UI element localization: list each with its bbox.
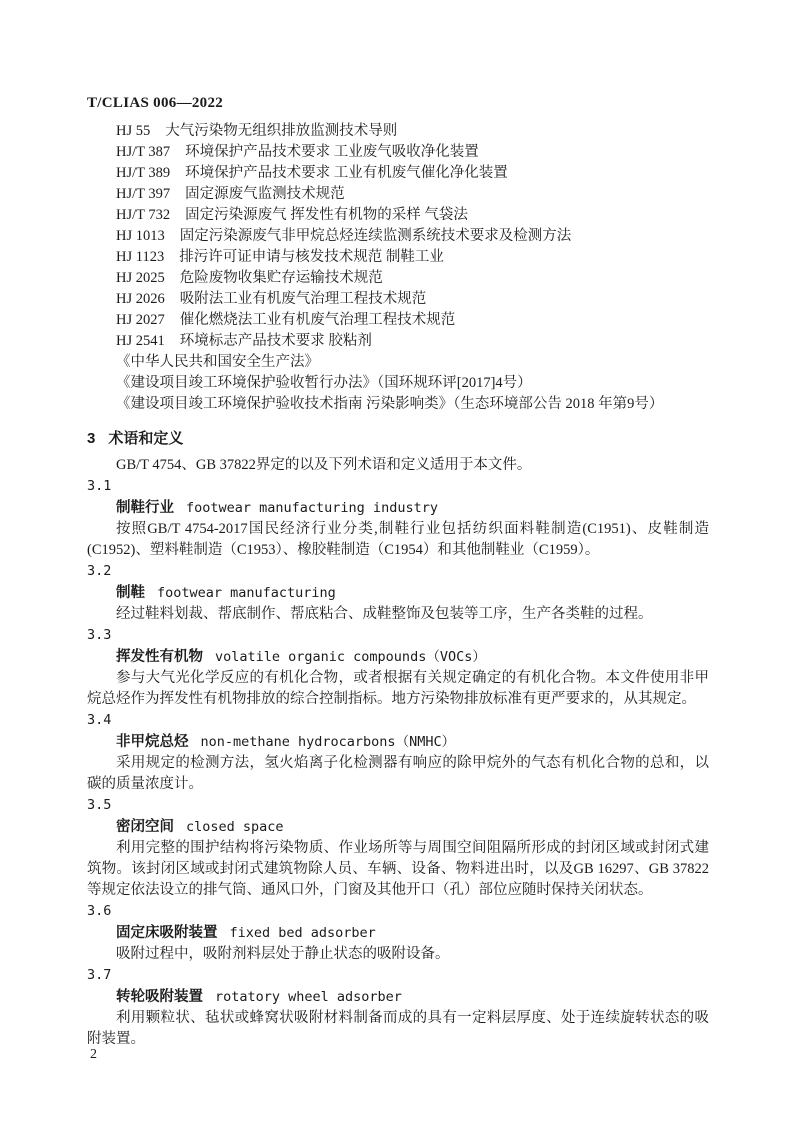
term-block-3-1: 3.1 制鞋行业footwear manufacturing industry …	[87, 476, 709, 561]
term-line: 制鞋footwear manufacturing	[87, 582, 709, 604]
clause-number: 3.4	[87, 710, 709, 731]
reference-code: HJ 2025	[116, 270, 165, 286]
term-block-3-6: 3.6 固定床吸附装置fixed bed adsorber 吸附过程中，吸附剂料…	[87, 901, 709, 965]
term-name-en: non-methane hydrocarbons（NMHC）	[201, 734, 456, 750]
term-name-en: volatile organic compounds（VOCs）	[215, 649, 486, 665]
reference-item: HJ 55大气污染物无组织排放监测技术导则	[87, 121, 709, 142]
term-line: 密闭空间closed space	[87, 816, 709, 838]
term-line: 挥发性有机物volatile organic compounds（VOCs）	[87, 646, 709, 668]
clause-number: 3.1	[87, 476, 709, 497]
term-name-en: rotatory wheel adsorber	[215, 989, 402, 1005]
reference-item: HJ 2026吸附法工业有机废气治理工程技术规范	[87, 289, 709, 310]
term-definition: 利用完整的围护结构将污染物质、作业场所等与周围空间阻隔所形成的封闭区域或封闭式建…	[87, 838, 709, 901]
reference-item: HJ 1123排污许可证申请与核发技术规范 制鞋工业	[87, 247, 709, 268]
term-block-3-2: 3.2 制鞋footwear manufacturing 经过鞋料划裁、帮底制作…	[87, 561, 709, 625]
reference-item: 《建设项目竣工环境保护验收技术指南 污染影响类》（生态环境部公告 2018 年第…	[87, 394, 709, 415]
term-definition: 利用颗粒状、毡状或蜂窝状吸附材料制备而成的具有一定料层厚度、处于连续旋转状态的吸…	[87, 1008, 709, 1050]
reference-title: 环境保护产品技术要求 工业废气吸收净化装置	[185, 144, 479, 160]
term-definition: 经过鞋料划裁、帮底制作、帮底粘合、成鞋整饰及包装等工序，生产各类鞋的过程。	[87, 604, 709, 625]
reference-title: 环境保护产品技术要求 工业有机废气催化净化装置	[185, 165, 508, 181]
reference-item: HJ/T 387环境保护产品技术要求 工业废气吸收净化装置	[87, 142, 709, 163]
term-block-3-5: 3.5 密闭空间closed space 利用完整的围护结构将污染物质、作业场所…	[87, 795, 709, 901]
document-number-header: T/CLIAS 006—2022	[87, 94, 709, 112]
reference-title: 危险废物收集贮存运输技术规范	[180, 270, 383, 286]
reference-item: 《中华人民共和国安全生产法》	[87, 352, 709, 373]
reference-title: 大气污染物无组织排放监测技术导则	[165, 123, 397, 139]
term-name-zh: 制鞋	[116, 585, 145, 601]
term-definition: 吸附过程中，吸附剂料层处于静止状态的吸附设备。	[87, 944, 709, 965]
term-definition: 参与大气光化学反应的有机化合物，或者根据有关规定确定的有机化合物。本文件使用非甲…	[87, 668, 709, 710]
reference-code: HJ 2027	[116, 312, 165, 328]
term-name-zh: 转轮吸附装置	[116, 989, 203, 1005]
term-block-3-4: 3.4 非甲烷总烃non-methane hydrocarbons（NMHC） …	[87, 710, 709, 795]
term-block-3-7: 3.7 转轮吸附装置rotatory wheel adsorber 利用颗粒状、…	[87, 965, 709, 1050]
reference-item: HJ 2541环境标志产品技术要求 胶粘剂	[87, 331, 709, 352]
term-line: 非甲烷总烃non-methane hydrocarbons（NMHC）	[87, 731, 709, 753]
reference-title: 固定污染源废气非甲烷总烃连续监测系统技术要求及检测方法	[180, 228, 572, 244]
terms-intro-paragraph: GB/T 4754、GB 37822界定的以及下列术语和定义适用于本文件。	[87, 455, 709, 476]
term-name-en: footwear manufacturing	[157, 585, 336, 601]
term-line: 转轮吸附装置rotatory wheel adsorber	[87, 986, 709, 1008]
reference-item: 《建设项目竣工环境保护验收暂行办法》（国环规环评[2017]4号）	[87, 373, 709, 394]
reference-code: HJ/T 387	[116, 144, 170, 160]
reference-code: HJ 2026	[116, 291, 165, 307]
reference-title: 《中华人民共和国安全生产法》	[116, 354, 319, 370]
term-block-3-3: 3.3 挥发性有机物volatile organic compounds（VOC…	[87, 625, 709, 710]
normative-references-list: HJ 55大气污染物无组织排放监测技术导则 HJ/T 387环境保护产品技术要求…	[87, 121, 709, 415]
reference-title: 排污许可证申请与核发技术规范 制鞋工业	[179, 249, 444, 265]
term-name-en: fixed bed adsorber	[230, 925, 376, 941]
term-name-en: closed space	[186, 819, 284, 835]
term-name-zh: 非甲烷总烃	[116, 734, 189, 750]
page-content: T/CLIAS 006—2022 HJ 55大气污染物无组织排放监测技术导则 H…	[87, 94, 709, 1050]
reference-title: 环境标志产品技术要求 胶粘剂	[180, 333, 372, 349]
reference-code: HJ/T 732	[116, 207, 170, 223]
term-line: 固定床吸附装置fixed bed adsorber	[87, 922, 709, 944]
clause-number: 3.5	[87, 795, 709, 816]
term-name-zh: 固定床吸附装置	[116, 925, 218, 941]
reference-code: HJ/T 397	[116, 186, 170, 202]
reference-item: HJ/T 732固定污染源废气 挥发性有机物的采样 气袋法	[87, 205, 709, 226]
page-number: 2	[90, 1046, 97, 1064]
reference-item: HJ 2027催化燃烧法工业有机废气治理工程技术规范	[87, 310, 709, 331]
section-heading-terms-and-definitions: 3术语和定义	[87, 428, 709, 449]
reference-title: 催化燃烧法工业有机废气治理工程技术规范	[180, 312, 456, 328]
reference-title: 《建设项目竣工环境保护验收技术指南 污染影响类》（生态环境部公告 2018 年第…	[116, 396, 663, 412]
term-name-zh: 密闭空间	[116, 819, 174, 835]
term-name-en: footwear manufacturing industry	[186, 500, 438, 516]
section-number: 3	[87, 430, 95, 447]
term-line: 制鞋行业footwear manufacturing industry	[87, 497, 709, 519]
reference-title: 固定源废气监测技术规范	[185, 186, 345, 202]
reference-code: HJ/T 389	[116, 165, 170, 181]
reference-item: HJ 1013固定污染源废气非甲烷总烃连续监测系统技术要求及检测方法	[87, 226, 709, 247]
term-definition: 按照GB/T 4754-2017国民经济行业分类,制鞋行业包括纺织面料鞋制造(C…	[87, 519, 709, 561]
clause-number: 3.6	[87, 901, 709, 922]
reference-title: 吸附法工业有机废气治理工程技术规范	[180, 291, 427, 307]
term-name-zh: 挥发性有机物	[116, 649, 203, 665]
clause-number: 3.2	[87, 561, 709, 582]
reference-code: HJ 1123	[116, 249, 164, 265]
reference-title: 固定污染源废气 挥发性有机物的采样 气袋法	[185, 207, 468, 223]
reference-code: HJ 2541	[116, 333, 165, 349]
reference-title: 《建设项目竣工环境保护验收暂行办法》（国环规环评[2017]4号）	[116, 375, 532, 391]
reference-code: HJ 1013	[116, 228, 165, 244]
term-name-zh: 制鞋行业	[116, 500, 174, 516]
clause-number: 3.3	[87, 625, 709, 646]
clause-number: 3.7	[87, 965, 709, 986]
reference-item: HJ/T 389环境保护产品技术要求 工业有机废气催化净化装置	[87, 163, 709, 184]
reference-item: HJ 2025危险废物收集贮存运输技术规范	[87, 268, 709, 289]
term-definition: 采用规定的检测方法，氢火焰离子化检测器有响应的除甲烷外的气态有机化合物的总和，以…	[87, 753, 709, 795]
document-page: T/CLIAS 006—2022 HJ 55大气污染物无组织排放监测技术导则 H…	[0, 0, 793, 1122]
reference-item: HJ/T 397固定源废气监测技术规范	[87, 184, 709, 205]
section-title: 术语和定义	[108, 430, 183, 447]
reference-code: HJ 55	[116, 123, 150, 139]
